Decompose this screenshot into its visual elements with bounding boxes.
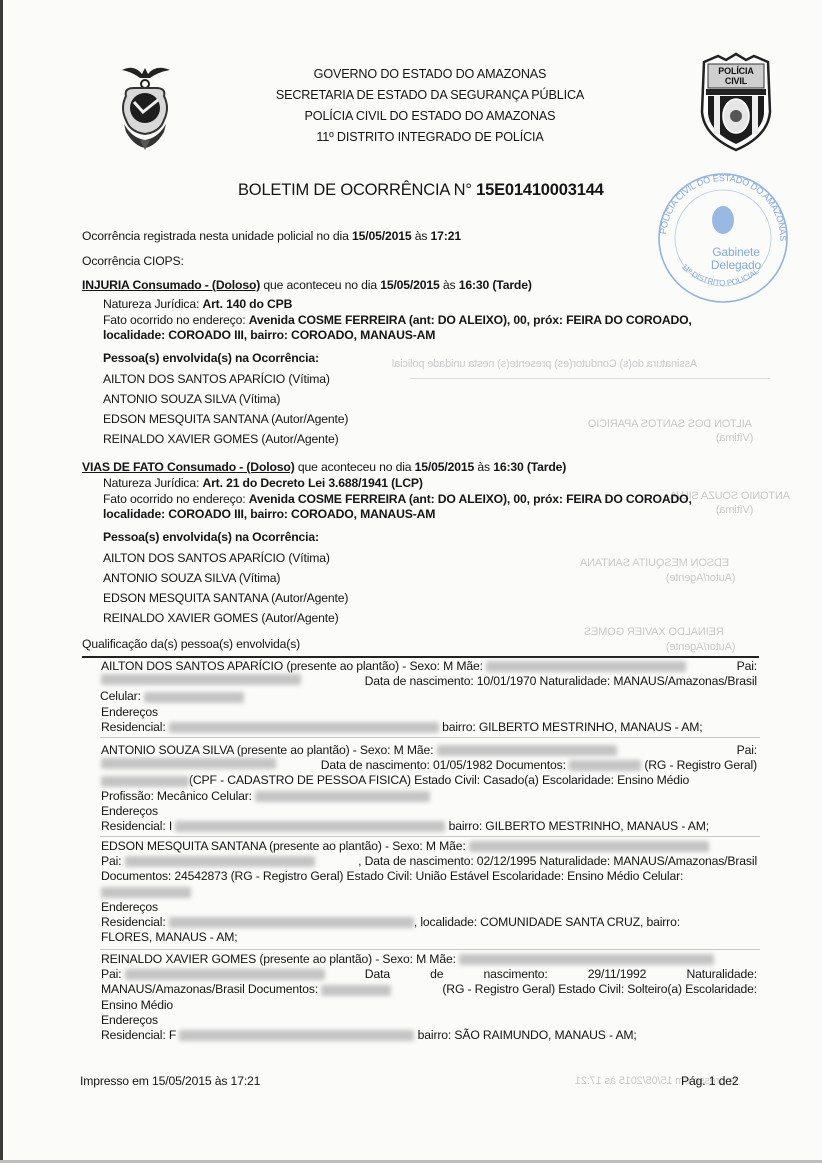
- ocorrencia-date: 15/05/2015: [380, 278, 440, 292]
- registro-prefix: Ocorrência registrada nesta unidade poli…: [82, 229, 352, 243]
- bleed-through-text: (Vítima): [716, 432, 753, 444]
- bo-number: 15E01410003144: [476, 181, 604, 199]
- person-line: Ensino Médio: [101, 998, 757, 1013]
- registro-as: às: [411, 229, 430, 243]
- fato-label: Fato ocorrido no endereço:: [103, 313, 249, 327]
- person-line: Data de nascimento: 01/05/1982 Documento…: [321, 758, 566, 772]
- person-line: de: [430, 967, 443, 982]
- pai-label: Pai:: [101, 967, 121, 981]
- person-qualification: REINALDO XAVIER GOMES (presente ao plant…: [101, 952, 757, 1043]
- pessoa-envolvida: AILTON DOS SANTOS APARÍCIO (Vítima): [103, 551, 330, 565]
- fato-address: Avenida COSME FERREIRA (ant: DO ALEIXO),…: [249, 313, 692, 327]
- svg-text:Gabinete: Gabinete: [712, 245, 760, 259]
- qualificacao-heading: Qualificação da(s) pessoa(s) envolvida(s…: [82, 637, 300, 651]
- person-line: AILTON DOS SANTOS APARÍCIO (presente ao …: [101, 659, 483, 673]
- fato-address-cont: localidade: COROADO III, bairro: COROADO…: [103, 328, 435, 342]
- fato-endereco: Fato ocorrido no endereço: Avenida COSME…: [103, 313, 692, 327]
- amazonas-coat-of-arms-icon: [112, 62, 178, 152]
- happened-prefix: que aconteceu no dia: [295, 460, 415, 474]
- person-line: bairro: SÃO RAIMUNDO, MANAUS - AM;: [418, 1028, 637, 1042]
- fato-label: Fato ocorrido no endereço:: [103, 492, 249, 506]
- section-rule: [82, 656, 759, 658]
- pessoa-envolvida: EDSON MESQUITA SANTANA (Autor/Agente): [103, 591, 348, 605]
- pessoa-envolvida: REINALDO XAVIER GOMES (Autor/Agente): [103, 432, 339, 446]
- pessoa-envolvida: ANTONIO SOUZA SILVA (Vítima): [103, 392, 280, 406]
- bleed-through-text: EDSON MESQUITA SANTANA: [580, 557, 729, 569]
- natureza-value: Art. 21 do Decreto Lei 3.688/1941 (LCP): [202, 476, 422, 490]
- scan-edge-left: [0, 0, 3, 1163]
- svg-text:POLÍCIA: POLÍCIA: [718, 66, 754, 76]
- gov-line: 11º DISTRITO INTEGRADO DE POLÍCIA: [250, 127, 610, 148]
- redacted-field: [569, 760, 641, 771]
- person-line: , Data de nascimento: 02/12/1995 Natural…: [358, 854, 757, 869]
- person-divider: [100, 737, 760, 738]
- redacted-field: [437, 745, 617, 756]
- registro-time: 17:21: [431, 229, 461, 243]
- redacted-field: [125, 856, 315, 867]
- policia-civil-badge-icon: POLÍCIA CIVIL: [696, 52, 776, 152]
- delegado-stamp-icon: POLÍCIA CIVIL DO ESTADO DO AMAZONAS 11º …: [648, 168, 798, 303]
- document-title: BOLETIM DE OCORRÊNCIA N° 15E01410003144: [238, 181, 604, 200]
- gov-line: POLÍCIA CIVIL DO ESTADO DO AMAZONAS: [250, 106, 610, 127]
- pai-label: Pai:: [737, 743, 757, 758]
- redacted-field: [101, 776, 189, 787]
- redacted-field: [255, 791, 430, 802]
- person-line: (RG - Registro Geral): [644, 758, 757, 772]
- gov-line: SECRETARIA DE ESTADO DA SEGURANÇA PÚBLIC…: [250, 85, 610, 106]
- person-line: 29/11/1992: [588, 967, 647, 982]
- title-prefix: BOLETIM DE OCORRÊNCIA N°: [238, 181, 476, 199]
- as-text: às: [440, 278, 459, 292]
- fato-address-cont: localidade: COROADO III, bairro: COROADO…: [103, 507, 435, 521]
- ocorrencia-heading: INJURIA Consumado - (Doloso) que acontec…: [82, 278, 532, 292]
- redacted-field: [169, 722, 439, 733]
- svg-text:Delegado: Delegado: [711, 258, 762, 272]
- pessoa-envolvida: EDSON MESQUITA SANTANA (Autor/Agente): [103, 412, 348, 426]
- ciops-label: Ocorrência CIOPS:: [82, 254, 184, 268]
- government-header: GOVERNO DO ESTADO DO AMAZONAS SECRETARIA…: [250, 64, 610, 148]
- bleed-through-rule: [410, 378, 770, 379]
- person-line: (RG - Registro Geral) Estado Civil: Solt…: [442, 982, 757, 997]
- redacted-field: [321, 985, 391, 996]
- ocorrencia-title: VIAS DE FATO Consumado - (Doloso): [82, 460, 295, 474]
- person-line: bairro: GILBERTO MESTRINHO, MANAUS - AM;: [449, 819, 709, 833]
- enderecos-label: Endereços: [101, 900, 757, 915]
- person-line: Data de nascimento: 10/01/1970 Naturalid…: [365, 674, 757, 689]
- redacted-field: [179, 1030, 414, 1041]
- registro-line: Ocorrência registrada nesta unidade poli…: [82, 229, 461, 243]
- residencial-label: Residencial:: [101, 915, 166, 929]
- fato-endereco: Fato ocorrido no endereço: Avenida COSME…: [103, 492, 692, 506]
- redacted-field: [101, 674, 301, 685]
- enderecos-label: Endereços: [101, 705, 757, 720]
- person-line: bairro: GILBERTO MESTRINHO, MANAUS - AM;: [442, 720, 702, 734]
- person-line: MANAUS/Amazonas/Brasil Documentos:: [101, 982, 318, 996]
- person-line: nascimento:: [484, 967, 548, 982]
- ocorrencia-heading: VIAS DE FATO Consumado - (Doloso) que ac…: [82, 460, 566, 474]
- natureza-juridica: Natureza Jurídica: Art. 140 do CPB: [103, 297, 292, 311]
- person-divider: [100, 949, 760, 950]
- bleed-through-text: (Autor/Agente): [666, 572, 735, 584]
- bleed-through-text: AILTON DOS SANTOS APARICIO: [588, 418, 752, 430]
- person-line: (CPF - CADASTRO DE PESSOA FISICA) Estado…: [189, 773, 689, 787]
- person-qualification: ANTONIO SOUZA SILVA (presente ao plantão…: [101, 743, 757, 834]
- natureza-value: Art. 140 do CPB: [202, 297, 292, 311]
- person-qualification: AILTON DOS SANTOS APARÍCIO (presente ao …: [101, 659, 757, 735]
- ocorrencia-date: 15/05/2015: [415, 460, 475, 474]
- pessoa-envolvida: REINALDO XAVIER GOMES (Autor/Agente): [103, 611, 339, 625]
- pai-label: Pai:: [737, 659, 757, 674]
- ocorrencia-time: 16:30 (Tarde): [459, 278, 532, 292]
- as-text: às: [474, 460, 493, 474]
- natureza-juridica: Natureza Jurídica: Art. 21 do Decreto Le…: [103, 476, 423, 490]
- natureza-label: Natureza Jurídica:: [103, 297, 202, 311]
- redacted-field: [125, 969, 325, 980]
- natureza-label: Natureza Jurídica:: [103, 476, 202, 490]
- person-line: Data: [365, 967, 390, 982]
- fato-address: Avenida COSME FERREIRA (ant: DO ALEIXO),…: [249, 492, 692, 506]
- bleed-through-text: (Vítima): [716, 504, 753, 516]
- gov-line: GOVERNO DO ESTADO DO AMAZONAS: [250, 64, 610, 85]
- person-line: EDSON MESQUITA SANTANA (presente ao plan…: [101, 839, 466, 853]
- enderecos-label: Endereços: [101, 1013, 757, 1028]
- redacted-field: [486, 661, 686, 672]
- celular-label: Celular:: [100, 689, 141, 703]
- person-line: REINALDO XAVIER GOMES (presente ao plant…: [101, 952, 456, 966]
- bleed-through-text: Assinatura do(s) Condutor(es) presente(s…: [392, 358, 697, 370]
- redacted-field: [169, 917, 414, 928]
- enderecos-label: Endereços: [101, 804, 757, 819]
- person-divider: [100, 836, 760, 837]
- person-line: Naturalidade:: [686, 967, 757, 982]
- pessoas-label: Pessoa(s) envolvida(s) na Ocorrência:: [103, 530, 319, 544]
- bleed-through-text: (Autor/Agente): [666, 641, 735, 653]
- registro-date: 15/05/2015: [352, 229, 412, 243]
- person-line: ANTONIO SOUZA SILVA (presente ao plantão…: [101, 743, 433, 757]
- pessoas-label: Pessoa(s) envolvida(s) na Ocorrência:: [103, 351, 319, 365]
- pessoa-envolvida: ANTONIO SOUZA SILVA (Vítima): [103, 571, 280, 585]
- residencial-label: Residencial: I: [101, 819, 172, 833]
- redacted-field: [459, 954, 714, 965]
- svg-text:CIVIL: CIVIL: [725, 76, 748, 86]
- ocorrencia-time: 16:30 (Tarde): [493, 460, 566, 474]
- page-number: Pág. 1 de2: [681, 1074, 738, 1088]
- person-line: Documentos: 24542873 (RG - Registro Gera…: [101, 869, 757, 884]
- printed-timestamp: Impresso em 15/05/2015 às 17:21: [80, 1074, 260, 1088]
- redacted-field: [144, 692, 244, 703]
- person-line: Profissão: Mecânico Celular:: [101, 789, 252, 803]
- redacted-field: [101, 887, 191, 898]
- redacted-field: [175, 821, 445, 832]
- bleed-through-text: REINALDO XAVIER GOMES: [584, 626, 724, 638]
- pai-label: Pai:: [101, 854, 121, 868]
- happened-prefix: que aconteceu no dia: [260, 278, 380, 292]
- ocorrencia-title: INJURIA Consumado - (Doloso): [82, 278, 260, 292]
- residencial-label: Residencial: F: [101, 1028, 176, 1042]
- person-qualification: EDSON MESQUITA SANTANA (presente ao plan…: [101, 839, 757, 945]
- redacted-field: [101, 758, 276, 769]
- person-line: FLORES, MANAUS - AM;: [101, 930, 757, 945]
- residencial-label: Residencial:: [101, 720, 166, 734]
- pessoa-envolvida: AILTON DOS SANTOS APARÍCIO (Vítima): [103, 372, 330, 386]
- redacted-field: [469, 841, 709, 852]
- person-line: , localidade: COMUNIDADE SANTA CRUZ, bai…: [414, 915, 680, 929]
